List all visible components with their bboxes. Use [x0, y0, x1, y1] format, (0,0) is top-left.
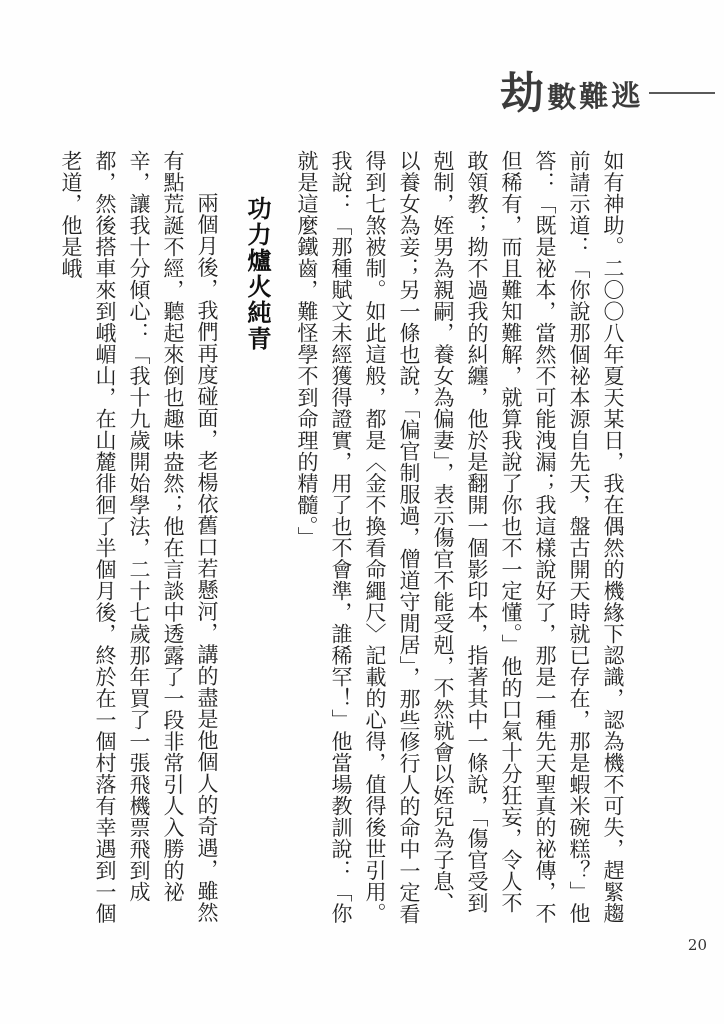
section-heading: 功力爐火純青 — [239, 150, 275, 928]
paragraph-continued: 如有神助。二〇〇八年夏天某日，我在偶然的機緣下認識，認為機不可失，趕緊趨前請示道… — [290, 150, 630, 928]
paragraph-new: 兩個月後，我們再度碰面，老楊依舊口若懸河，講的盡是他個人的奇遇，雖然有點荒誕不經… — [54, 150, 224, 928]
book-page: 劫數難逃 如有神助。二〇〇八年夏天某日，我在偶然的機緣下認識，認為機不可失，趕緊… — [0, 0, 724, 1024]
running-head-rule — [649, 92, 715, 94]
page-number: 20 — [688, 936, 707, 954]
book-title-calligraphy: 劫數難逃 — [499, 54, 644, 122]
main-text-block: 如有神助。二〇〇八年夏天某日，我在偶然的機緣下認識，認為機不可失，趕緊趨前請示道… — [54, 150, 630, 928]
running-head: 劫數難逃 — [500, 56, 715, 120]
